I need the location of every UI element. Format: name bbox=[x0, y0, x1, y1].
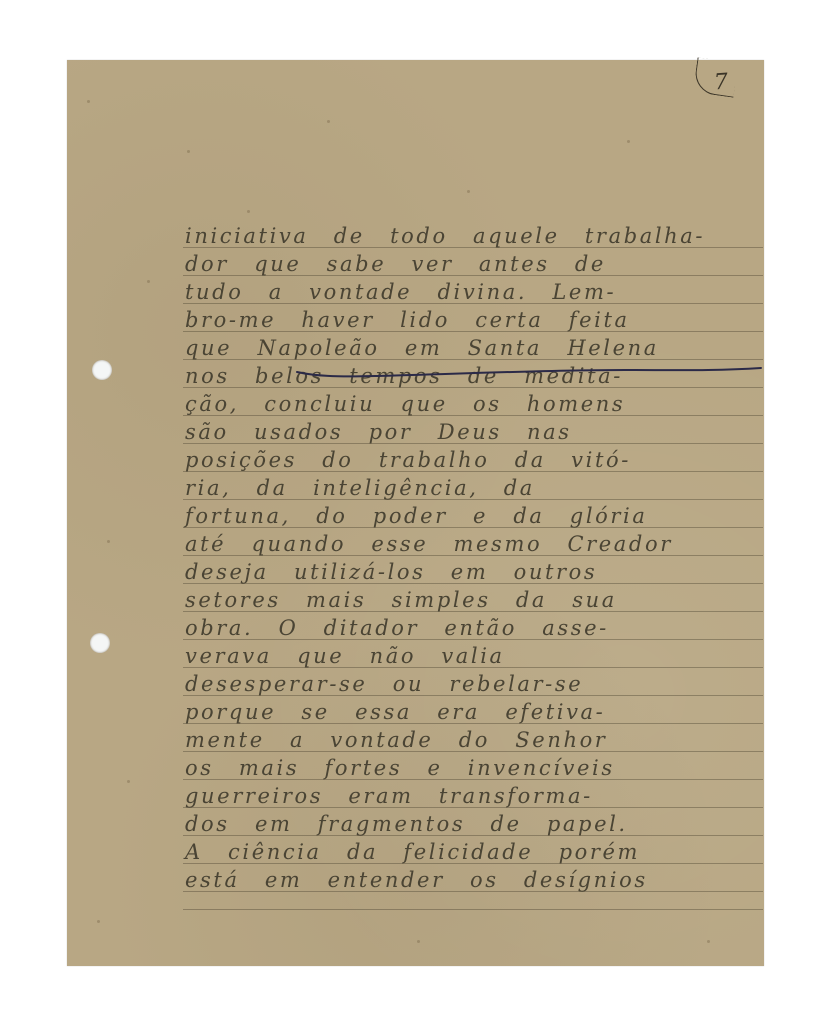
ink-underline bbox=[295, 364, 765, 380]
text-line-24: está em entender os desígnios bbox=[185, 866, 765, 894]
binder-hole-top bbox=[92, 360, 112, 380]
page-number: 7 bbox=[713, 70, 729, 96]
text-line-12: até quando esse mesmo Creador bbox=[185, 530, 765, 558]
paper-speck bbox=[87, 100, 90, 103]
paper-speck bbox=[707, 940, 710, 943]
text-line-18: porque se essa era efetiva- bbox=[185, 698, 765, 726]
binder-hole-bottom bbox=[90, 633, 110, 653]
paper-speck bbox=[327, 120, 330, 123]
paper-speck bbox=[107, 540, 110, 543]
text-line-20: os mais fortes e invencíveis bbox=[185, 754, 765, 782]
text-line-21: guerreiros eram transforma- bbox=[185, 782, 765, 810]
text-line-1: iniciativa de todo aquele trabalha- bbox=[185, 222, 765, 250]
text-line-13: deseja utilizá-los em outros bbox=[185, 558, 765, 586]
text-line-14: setores mais simples da sua bbox=[185, 586, 765, 614]
text-line-3: tudo a vontade divina. Lem- bbox=[185, 278, 765, 306]
text-line-5: que Napoleão em Santa Helena bbox=[185, 334, 765, 362]
text-line-16: verava que não valia bbox=[185, 642, 765, 670]
paper-speck bbox=[187, 150, 190, 153]
text-line-15: obra. O ditador então asse- bbox=[185, 614, 765, 642]
paper-speck bbox=[627, 140, 630, 143]
paper-speck bbox=[97, 920, 100, 923]
text-line-22: dos em fragmentos de papel. bbox=[185, 810, 765, 838]
paper-speck bbox=[467, 190, 470, 193]
manuscript-page: 7 iniciativa de todo aquele trabalha- do… bbox=[67, 60, 764, 966]
text-line-19: mente a vontade do Senhor bbox=[185, 726, 765, 754]
paper-speck bbox=[147, 280, 150, 283]
paper-speck bbox=[247, 210, 250, 213]
text-line-8: são usados por Deus nas bbox=[185, 418, 765, 446]
paper-speck bbox=[127, 780, 130, 783]
paper-speck bbox=[417, 940, 420, 943]
text-line-4: bro-me haver lido certa feita bbox=[185, 306, 765, 334]
text-line-9: posições do trabalho da vitó- bbox=[185, 446, 765, 474]
text-line-2: dor que sabe ver antes de bbox=[185, 250, 765, 278]
text-line-11: fortuna, do poder e da glória bbox=[185, 502, 765, 530]
text-line-10: ria, da inteligência, da bbox=[185, 474, 765, 502]
text-line-7: ção, concluiu que os homens bbox=[185, 390, 765, 418]
text-line-23: A ciência da felicidade porém bbox=[185, 838, 765, 866]
ruled-line bbox=[183, 909, 763, 910]
text-line-17: desesperar-se ou rebelar-se bbox=[185, 670, 765, 698]
